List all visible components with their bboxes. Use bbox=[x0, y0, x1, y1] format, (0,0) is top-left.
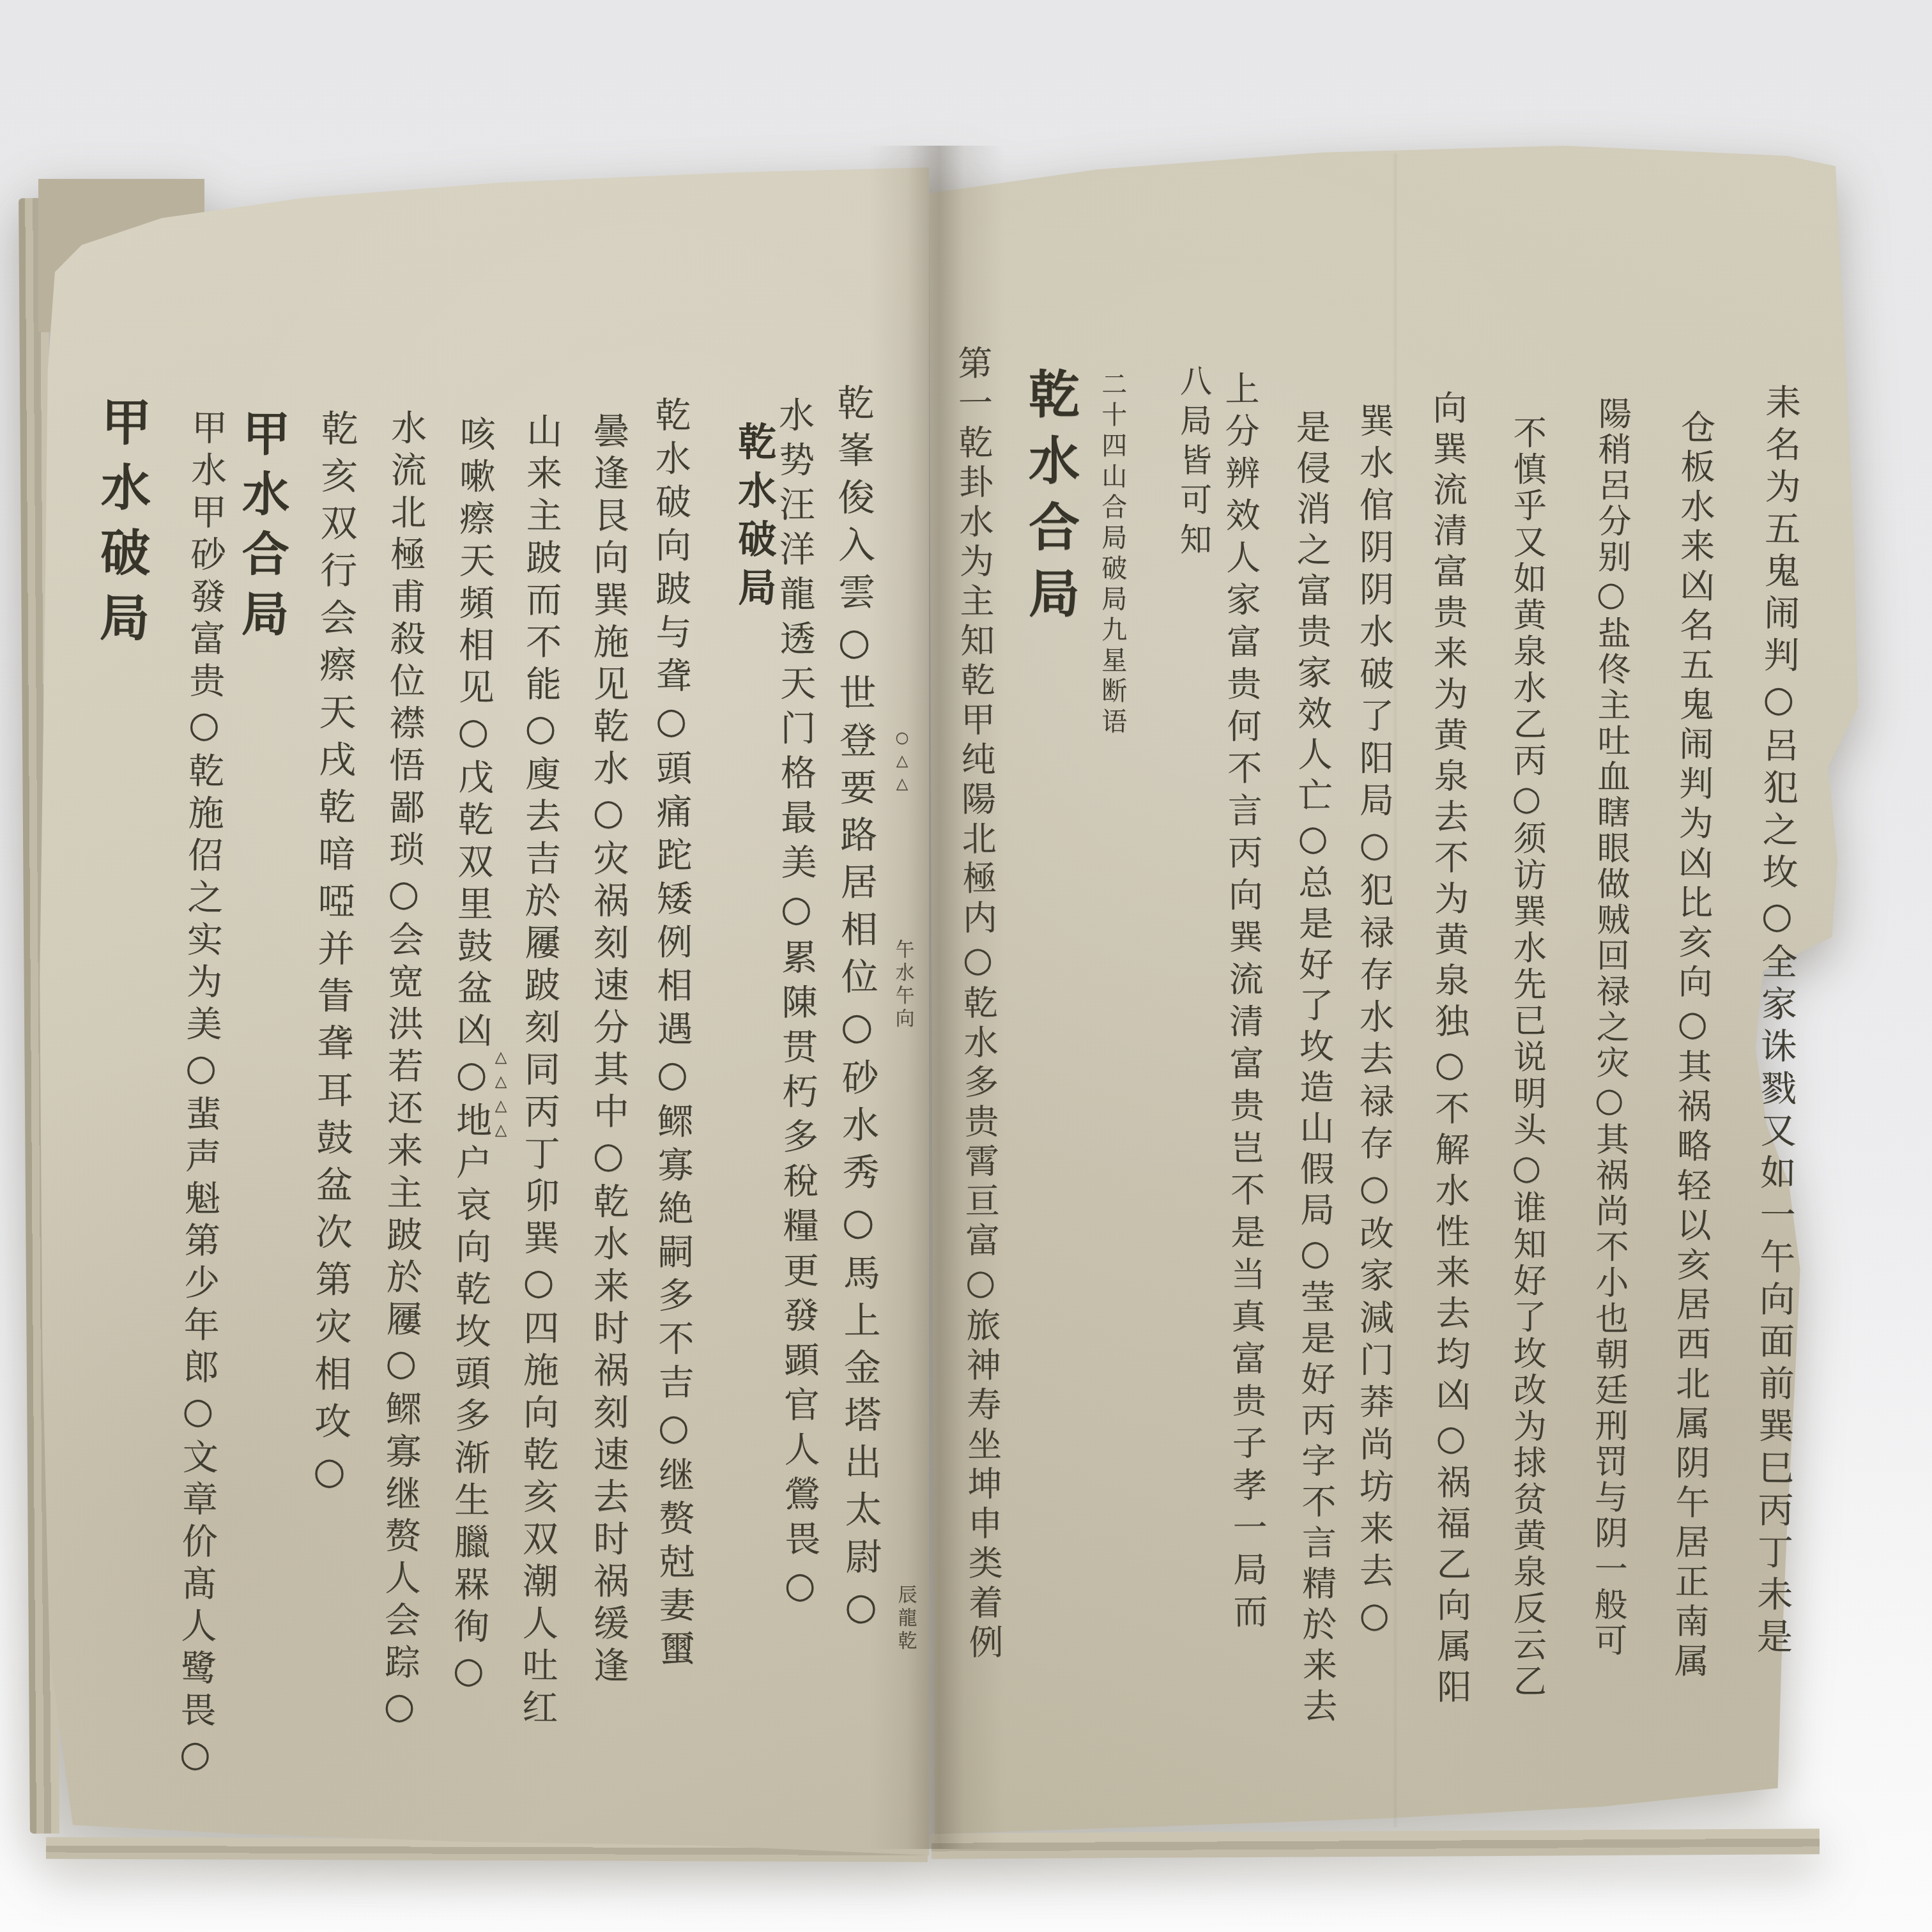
column-l9: 乾亥双行会瘵天戌乾喑啞并眚聋耳鼓盆次第灾相攻○ bbox=[308, 409, 357, 1503]
annotation-marks-1: △△△△ bbox=[492, 1048, 509, 1145]
column-r2: 仓板水来凶名五鬼闹判为凶比亥向○其祸略轻以亥居西北属阴午居正南属 bbox=[1669, 409, 1715, 1682]
column-r4: 不慎乎又如黄泉水乙丙○须访巽水先已说明头○谁知好了坆改为捄贫黄泉反云乙 bbox=[1508, 415, 1545, 1700]
annotation-marks-2: ○△△ bbox=[893, 728, 910, 797]
column-r6: 巽水倌阴阴水破了阳局○犯禄存水去禄存○改家減门莽尚坊来去○ bbox=[1354, 402, 1393, 1643]
heading-jiashui-heju: 甲水合局 bbox=[234, 409, 289, 650]
manuscript-book: 耒名为五鬼闹判○呂犯之坆○全家诛戮又如一午向面前巽巳丙丁未是 仓板水来凶名五鬼闹… bbox=[0, 0, 1932, 1932]
column-l1: 乾峯俊入雲○世登要路居相位○砂水秀○馬上金塔出太尉○ bbox=[831, 383, 882, 1638]
annotation-small-2: 辰龍乾 bbox=[894, 1584, 916, 1653]
column-l5: 曇逢艮向巽施见乾水○灾祸刻速分其中○乾水来时祸刻速去时祸缓逢 bbox=[588, 412, 628, 1689]
heading-jiashui-poju: 甲水破局 bbox=[92, 396, 150, 657]
heading-qianshui-poju: 乾水破局 bbox=[732, 422, 775, 616]
column-r5: 向巽流清富贵来为黄泉去不为黄泉独○不解水性来去均凶○祸福乙向属阳 bbox=[1427, 390, 1471, 1710]
column-l6: 山来主跛而不能○廋去吉於屨跛刻同丙丁卯巽○四施向乾亥双潮人吐红 bbox=[516, 412, 561, 1731]
column-r1: 耒名为五鬼闹判○呂犯之坆○全家诛戮又如一午向面前巽巳丙丁未是 bbox=[1751, 383, 1800, 1660]
column-r3: 陽稍呂分别○盐佟主吐血瞎眼做贼回禄之灾○其祸尚不小也朝廷刑罚与阴一般可 bbox=[1589, 396, 1630, 1659]
column-r7: 是侵消之富贵家效人亡○总是好了坆造山假局○莹是好丙字不言精於来去 bbox=[1291, 409, 1337, 1729]
column-l2: 水势汪洋龍透天门格最美○累陳贯朽多稅糧更發顕官人鶯畏○ bbox=[773, 396, 820, 1615]
column-r9: 八局皆可知 bbox=[1176, 364, 1211, 562]
annotation-small-1: 午水午向 bbox=[892, 939, 914, 1031]
page-stack-bottom-right bbox=[931, 1828, 1820, 1859]
column-l7: 咳嗽瘵天頻相见○戊乾双里鼓盆凶○地户哀向乾坆頭多渐生臘槑徇○ bbox=[448, 415, 494, 1698]
column-l4: 乾水破向跛与聋○頭痛跎矮例相遇○鳏寡絶嗣多不吉○继赘尅妻蠒 bbox=[650, 396, 694, 1673]
heading-qianshui-heju: 乾水合局 bbox=[1021, 367, 1078, 633]
section-title: 二十四山合局破局九星断语 bbox=[1098, 371, 1126, 739]
column-l8: 水流北極甫殺位襟悟鄙琐○会宽洪若还来主跛於屨○鳏寡继赘人会踪○ bbox=[379, 409, 426, 1733]
column-r8: 上分辨效人家富贵何不言丙向巽流清富贵岂不是当真富贵子孝一局而 bbox=[1220, 371, 1267, 1636]
photo-scene: 耒名为五鬼闹判○呂犯之坆○全家诛戮又如一午向面前巽巳丙丁未是 仓板水来凶名五鬼闹… bbox=[0, 0, 1932, 1932]
